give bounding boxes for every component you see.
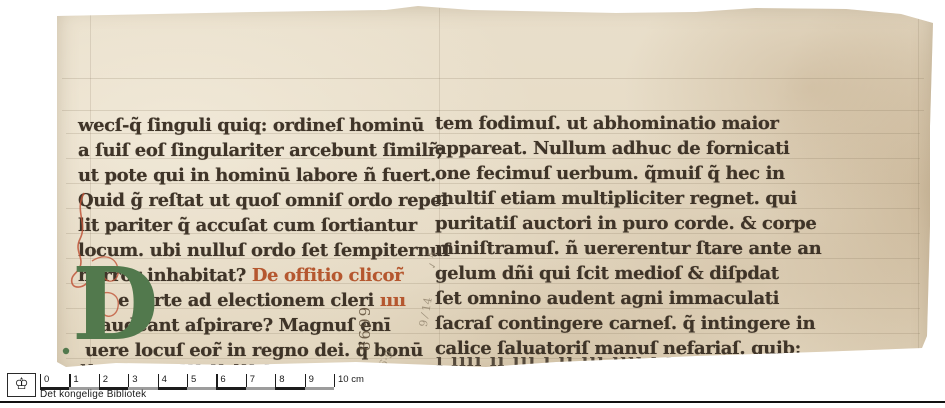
manuscript-text-line: ſacraſ contingere carneſ. q̃ intingere i… [435,311,815,336]
ruler-tick [128,374,129,387]
library-logo: ♔ [7,373,36,397]
manuscript-text-line: puritatiſ auctori in puro corde. & corpe [435,211,816,236]
manuscript-text-line: ut pote qui in hominū labore ñ fuert. [78,163,436,188]
body-text: ſacraſ contingere carneſ. q̃ intingere i… [435,313,815,334]
decorated-initial: D [58,191,158,361]
ruler-label: 4 [162,374,167,385]
ruled-line [62,78,924,79]
digitized-manuscript-page: wecſ-q̃ ſinguli quiq: ordineſ hominūa ſu… [0,0,945,408]
ruler-scalebar-segment [187,387,216,390]
body-text: puritatiſ auctori in puro corde. & corpe [435,213,816,234]
ruler-label: 7 [250,374,255,385]
ruler-end-label: 10 cm [338,374,364,385]
manuscript-text-line: ſet omnino audent agni immaculati [435,286,779,311]
ruler-label: 1 [73,374,78,385]
ruler-tick [334,374,335,387]
manuscript-text-line: wecſ-q̃ ſinguli quiq: ordineſ hominū [78,113,424,138]
shelfmark-note: 8699 [356,231,374,351]
ruler-scalebar-segment [246,387,275,390]
ruler-scalebar-segment [158,387,187,390]
footer-divider [0,401,945,403]
manuscript-text-line: one fecimuſ uerbum. q̃muiſ q̃ hec in [435,161,785,186]
ruler-tick [275,374,276,387]
library-name: Det kongelige Bibliotek [40,389,146,400]
green-dot [63,348,69,354]
cutoff-line-right: ı ıııı ıı ııı ı ıı ııı ıııı ı ıı ııı [436,350,712,371]
ruler-scalebar-segment [305,387,334,390]
body-text: multiſ etiam multipliciter regnet. qui [435,188,797,209]
ruler-tick [246,374,247,387]
ruler-tick [187,374,188,387]
manuscript-text-line: a ſuiſ eoſ ſingulariter arcebunt ſimilr̃… [78,138,443,163]
rubric-text: ıııı [380,290,406,311]
manuscript-text-line: tem fodimuſ. ut abhominatio maior [435,111,779,136]
body-text: miniſtramuſ. ñ uererentur ſtare ante an [435,238,821,259]
ruler-label: 9 [309,374,314,385]
ruler-tick [69,374,70,387]
ruler-label: 2 [103,374,108,385]
ruler-label: 0 [44,374,49,385]
ruler-scalebar-segment [275,387,304,390]
ruler-label: 3 [132,374,137,385]
manuscript-text-line: miniſtramuſ. ñ uererentur ſtare ante an [435,236,821,261]
initial-flourish-art: D [58,191,158,361]
manuscript-text-line: appareat. Nullum adhuc de fornicati [435,136,789,161]
ruler-label: 8 [279,374,284,385]
body-text: tem fodimuſ. ut abhominatio maior [435,113,779,134]
crown-icon: ♔ [14,377,28,393]
body-text: ſet omnino audent agni immaculati [435,288,779,309]
body-text: gelum dñi qui ſcit medioſ & diſpdat [435,263,779,284]
body-text: appareat. Nullum adhuc de fornicati [435,138,789,159]
ruler-tick [40,374,41,387]
footer: ♔ 012345678910 cm Det kongelige Bibliote… [0,370,945,408]
ruler-tick [158,374,159,387]
body-text: wecſ-q̃ ſinguli quiq: ordineſ hominū [78,115,424,136]
manuscript-fragment: wecſ-q̃ ſinguli quiq: ordineſ hominūa ſu… [56,6,934,376]
ruler-tick [305,374,306,387]
rubric-text: De offitio clicor̃ [246,265,403,286]
ruler-label: 5 [191,374,196,385]
ruler-scalebar-segment [216,387,245,390]
initial-letter: D [72,245,158,361]
manuscript-text-line: multiſ etiam multipliciter regnet. qui [435,186,797,211]
body-text: ut pote qui in hominū labore ñ fuert. [78,165,436,186]
column-ruling-right [918,8,919,368]
ruler-tick [216,374,217,387]
ruler-tick [99,374,100,387]
body-text: one fecimuſ uerbum. q̃muiſ q̃ hec in [435,163,785,184]
manuscript-text-line: gelum dñi qui ſcit medioſ & diſpdat [435,261,779,286]
body-text: a ſuiſ eoſ ſingulariter arcebunt ſimilr̃… [78,140,443,161]
ruler-label: 6 [220,374,225,385]
